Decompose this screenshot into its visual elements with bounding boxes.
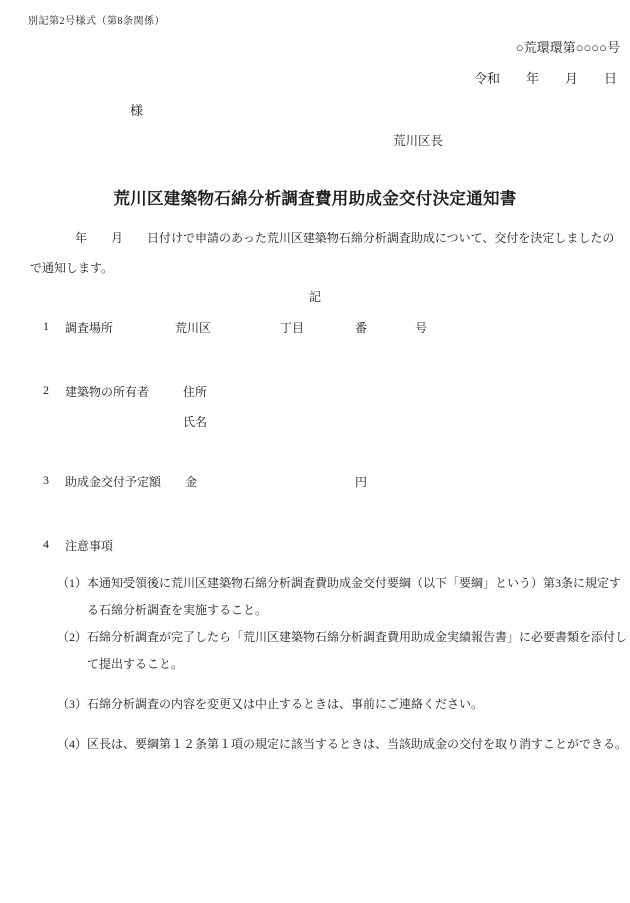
item-grant-amount: 3 助成金交付予定額 金 円 [0,473,630,490]
caution-note-2: （2）石綿分析調査が完了したら「荒川区建築物石綿分析調査費用助成金実績報告書」に… [57,624,623,678]
location-go: 号 [415,319,427,336]
item-label: 建築物の所有者 [65,383,149,400]
item-building-owner: 2 建築物の所有者 住所 [0,383,630,400]
note-number: （2） [57,624,87,651]
item-building-owner-name: 氏名 [0,413,630,430]
form-reference: 別記第2号様式（第8条関係） [28,12,165,27]
location-ban: 番 [355,319,367,336]
item-number: 1 [43,319,49,334]
issue-date: 令和 年 月 日 [474,68,617,87]
amount-prefix: 金 [185,473,197,490]
note-text: 石綿分析調査の内容を変更又は中止するときは、事前にご連絡ください。 [87,697,483,711]
note-line: （2）石綿分析調査が完了したら「荒川区建築物石綿分析調査費用助成金実績報告書」に… [57,624,623,651]
item-label: 助成金交付予定額 [65,473,161,490]
note-line: る石綿分析調査を実施すること。 [57,597,623,624]
item-label: 調査場所 [65,319,113,336]
caution-note-4: （4）区長は、要綱第１２条第１項の規定に該当するときは、当該助成金の交付を取り消… [57,731,623,758]
note-line: て提出すること。 [57,651,623,678]
note-text: 石綿分析調査が完了したら「荒川区建築物石綿分析調査費用助成金実績報告書」に必要書… [87,630,627,644]
document-number: ○荒環環第○○○○号 [516,37,620,56]
sender-mayor: 荒川区長 [393,131,443,149]
note-line: （4）区長は、要綱第１２条第１項の規定に該当するときは、当該助成金の交付を取り消… [57,731,623,758]
record-marker: 記 [0,288,630,305]
cautions-list: （1）本通知受領後に荒川区建築物石綿分析調査費助成金交付要綱（以下「要綱」という… [57,570,623,771]
document-title: 荒川区建築物石綿分析調査費用助成金交付決定通知書 [0,185,630,209]
note-line: （1）本通知受領後に荒川区建築物石綿分析調査費助成金交付要綱（以下「要綱」という… [57,570,623,597]
amount-suffix: 円 [355,473,367,490]
item-survey-location: 1 調査場所 荒川区 丁目 番 号 [0,319,630,336]
notice-document-page: 別記第2号様式（第8条関係） ○荒環環第○○○○号 令和 年 月 日 様 荒川区… [0,0,630,903]
note-text: 本通知受領後に荒川区建築物石綿分析調査費助成金交付要綱（以下「要綱」という）第3… [87,576,621,590]
note-number: （1） [57,570,87,597]
body-paragraph-line1: 年 月 日付けで申請のあった荒川区建築物石綿分析調査助成について、交付を決定しま… [75,229,614,246]
location-ward: 荒川区 [175,319,211,336]
note-number: （3） [57,691,87,718]
item-number: 4 [43,537,49,552]
note-text: 区長は、要綱第１２条第１項の規定に該当するときは、当該助成金の交付を取り消すこと… [87,737,627,751]
note-number: （4） [57,731,87,758]
item-number: 2 [43,383,49,398]
caution-note-1: （1）本通知受領後に荒川区建築物石綿分析調査費助成金交付要綱（以下「要綱」という… [57,570,623,624]
owner-name-label: 氏名 [183,413,207,430]
note-line: （3）石綿分析調査の内容を変更又は中止するときは、事前にご連絡ください。 [57,691,623,718]
caution-note-3: （3）石綿分析調査の内容を変更又は中止するときは、事前にご連絡ください。 [57,691,623,718]
item-cautions: 4 注意事項 [0,537,630,554]
owner-address-label: 住所 [183,383,207,400]
location-chome: 丁目 [280,319,304,336]
addressee-honorific: 様 [130,100,143,119]
item-number: 3 [43,473,49,488]
body-paragraph-line2: で通知します。 [30,259,113,276]
item-label: 注意事項 [65,537,113,554]
